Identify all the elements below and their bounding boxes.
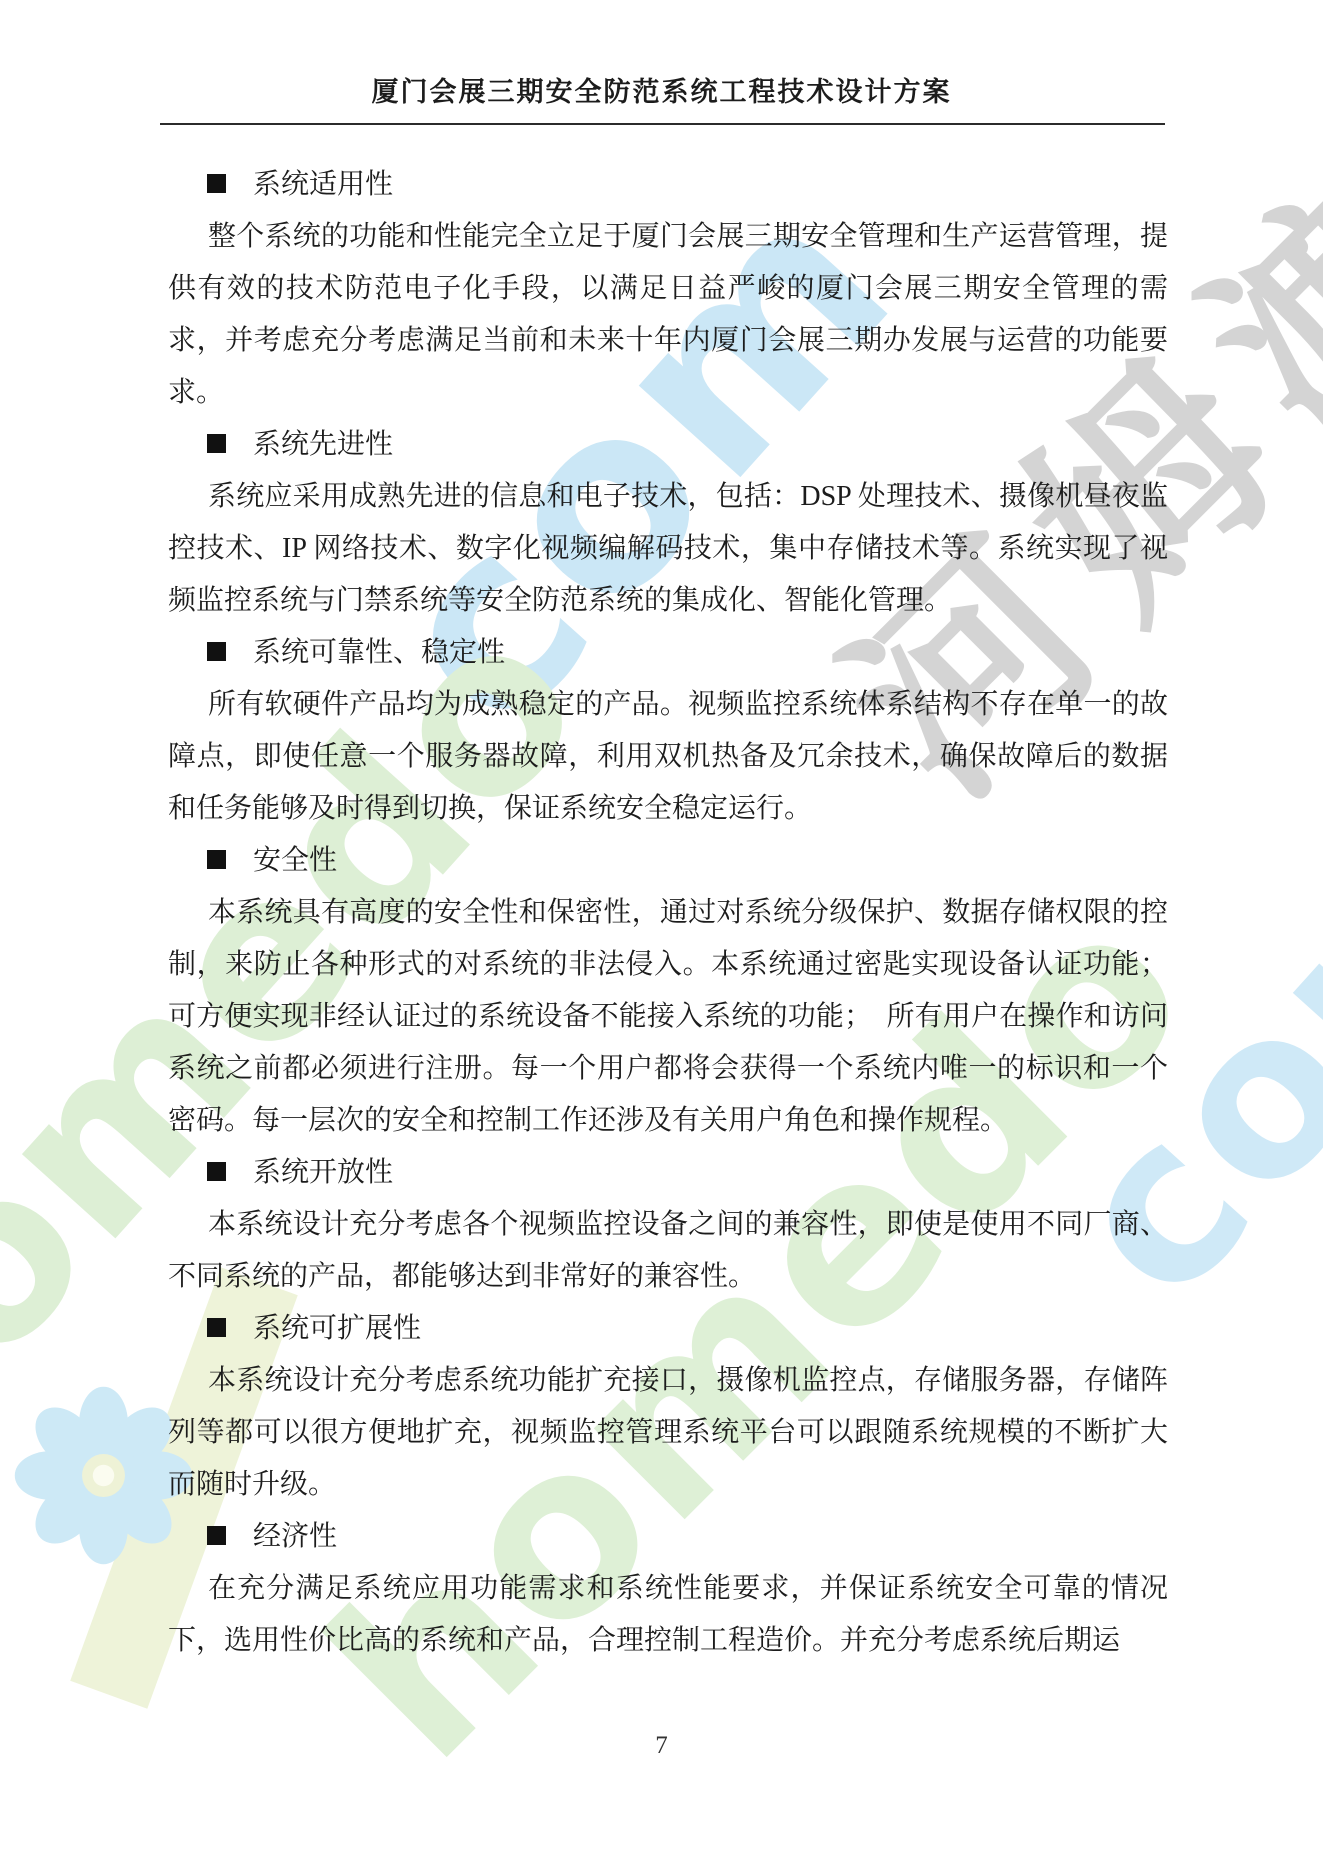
section-paragraph: 整个系统的功能和性能完全立足于厦门会展三期安全管理和生产运营管理，提供有效的技术… [168, 211, 1168, 419]
section-heading-text: 安全性 [253, 845, 337, 876]
document-section: 经济性 在充分满足系统应用功能需求和系统性能要求，并保证系统安全可靠的情况下，选… [168, 1511, 1168, 1667]
section-heading-text: 系统适用性 [253, 169, 393, 200]
section-paragraph: 本系统具有高度的安全性和保密性，通过对系统分级保护、数据存储权限的控制，来防止各… [168, 887, 1168, 1147]
page-header-title: 厦门会展三期安全防范系统工程技术设计方案 [0, 0, 1323, 110]
document-body: 系统适用性 整个系统的功能和性能完全立足于厦门会展三期安全管理和生产运营管理，提… [168, 159, 1168, 1667]
document-page: com河姆渡homedocomhomedo 厦门会展三期安全防范系统工程技术设计… [0, 0, 1323, 1871]
section-heading: 系统可靠性、稳定性 [168, 627, 1168, 679]
bullet-square-icon [207, 1318, 226, 1337]
section-heading: 系统适用性 [168, 159, 1168, 211]
document-section: 系统可靠性、稳定性 所有软硬件产品均为成熟稳定的产品。视频监控系统体系结构不存在… [168, 627, 1168, 835]
section-heading: 系统开放性 [168, 1147, 1168, 1199]
section-heading-text: 系统可靠性、稳定性 [253, 637, 505, 668]
section-heading: 系统可扩展性 [168, 1303, 1168, 1355]
bullet-square-icon [207, 1526, 226, 1545]
section-heading-text: 系统先进性 [253, 429, 393, 460]
page-number: 7 [0, 1732, 1323, 1760]
bullet-square-icon [207, 174, 226, 193]
bullet-square-icon [207, 642, 226, 661]
section-heading-text: 系统可扩展性 [253, 1313, 421, 1344]
section-heading: 系统先进性 [168, 419, 1168, 471]
document-section: 系统可扩展性 本系统设计充分考虑系统功能扩充接口，摄像机监控点，存储服务器，存储… [168, 1303, 1168, 1511]
bullet-square-icon [207, 850, 226, 869]
header-divider [160, 123, 1165, 125]
bullet-square-icon [207, 434, 226, 453]
page-header: 厦门会展三期安全防范系统工程技术设计方案 [0, 0, 1323, 125]
section-paragraph: 所有软硬件产品均为成熟稳定的产品。视频监控系统体系结构不存在单一的故障点，即使任… [168, 679, 1168, 835]
bullet-square-icon [207, 1162, 226, 1181]
document-section: 系统适用性 整个系统的功能和性能完全立足于厦门会展三期安全管理和生产运营管理，提… [168, 159, 1168, 419]
section-heading-text: 系统开放性 [253, 1157, 393, 1188]
section-paragraph: 本系统设计充分考虑各个视频监控设备之间的兼容性，即使是使用不同厂商、不同系统的产… [168, 1199, 1168, 1303]
document-section: 系统开放性 本系统设计充分考虑各个视频监控设备之间的兼容性，即使是使用不同厂商、… [168, 1147, 1168, 1303]
document-content: 厦门会展三期安全防范系统工程技术设计方案 系统适用性 整个系统的功能和性能完全立… [0, 0, 1323, 1667]
section-heading: 经济性 [168, 1511, 1168, 1563]
section-heading: 安全性 [168, 835, 1168, 887]
section-heading-text: 经济性 [253, 1521, 337, 1552]
section-paragraph: 本系统设计充分考虑系统功能扩充接口，摄像机监控点，存储服务器，存储阵列等都可以很… [168, 1355, 1168, 1511]
document-section: 系统先进性 系统应采用成熟先进的信息和电子技术，包括：DSP 处理技术、摄像机昼… [168, 419, 1168, 627]
document-section: 安全性 本系统具有高度的安全性和保密性，通过对系统分级保护、数据存储权限的控制，… [168, 835, 1168, 1147]
section-paragraph: 系统应采用成熟先进的信息和电子技术，包括：DSP 处理技术、摄像机昼夜监控技术、… [168, 471, 1168, 627]
section-paragraph: 在充分满足系统应用功能需求和系统性能要求，并保证系统安全可靠的情况下，选用性价比… [168, 1563, 1168, 1667]
